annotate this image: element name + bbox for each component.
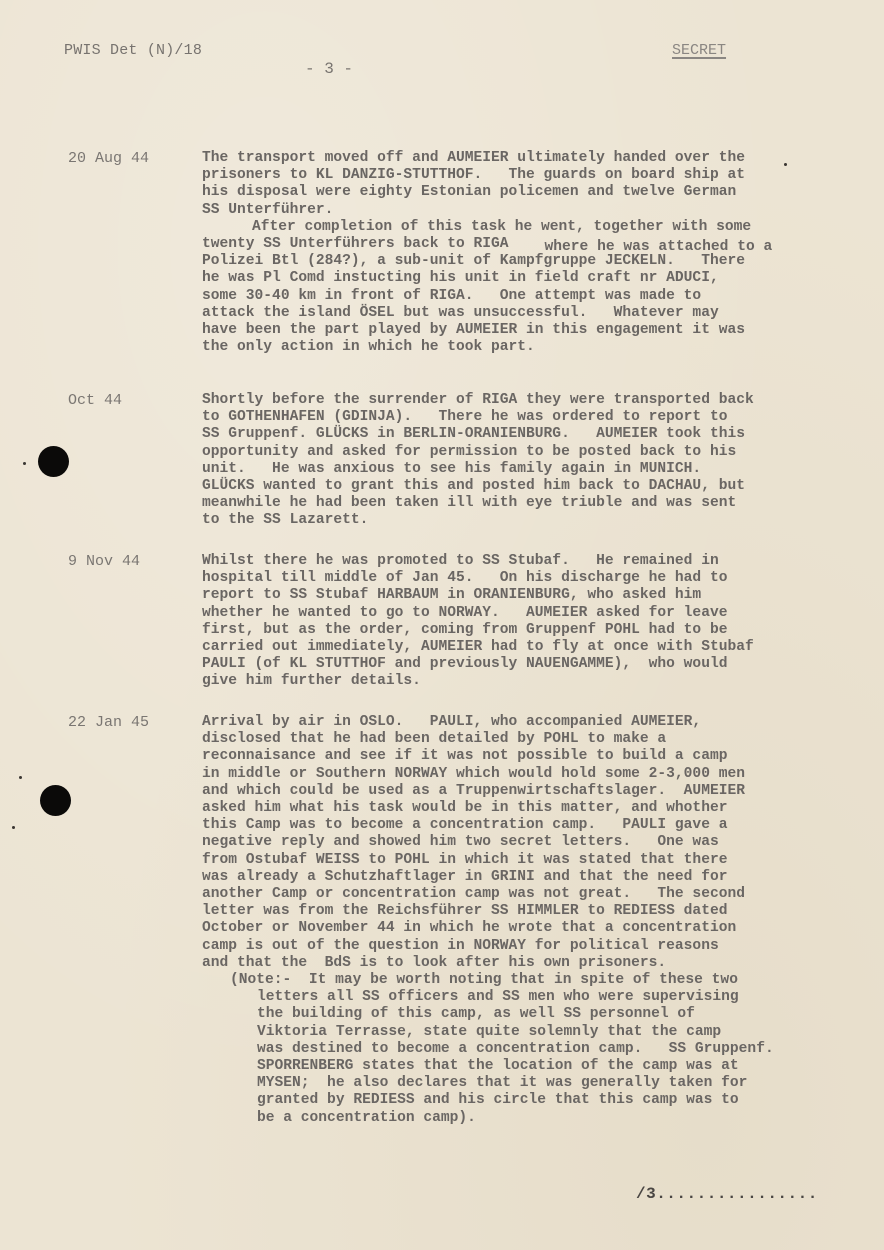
note-line: MYSEN; he also declares that it was gene… xyxy=(202,1075,782,1092)
paper-speck xyxy=(19,776,22,779)
text-line: opportunity and asked for permission to … xyxy=(202,444,782,461)
text-line: to the SS Lazarett. xyxy=(202,512,782,529)
text-line: GLÜCKS wanted to grant this and posted h… xyxy=(202,478,782,495)
text-line: letter was from the Reichsführer SS HIMM… xyxy=(202,903,782,920)
text-line: his disposal were eighty Estonian police… xyxy=(202,184,782,201)
note-line: granted by REDIESS and his circle that t… xyxy=(202,1092,782,1109)
text-line: was already a Schutzhaftlager in GRINI a… xyxy=(202,869,782,886)
punch-hole-upper xyxy=(38,446,69,477)
text-line: hospital till middle of Jan 45. On his d… xyxy=(202,570,782,587)
text-line: asked him what his task would be in this… xyxy=(202,800,782,817)
text-line: Shortly before the surrender of RIGA the… xyxy=(202,392,782,409)
text-line: in middle or Southern NORWAY which would… xyxy=(202,766,782,783)
text-line: SS Unterführer. xyxy=(202,202,782,219)
paper-speck xyxy=(23,462,26,465)
text-line: negative reply and showed him two secret… xyxy=(202,834,782,851)
text-line: PAULI (of KL STUTTHOF and previously NAU… xyxy=(202,656,782,673)
text-line: camp is out of the question in NORWAY fo… xyxy=(202,938,782,955)
text-line: whether he wanted to go to NORWAY. AUMEI… xyxy=(202,605,782,622)
note-block: (Note:- It may be worth noting that in s… xyxy=(202,972,782,1127)
text-line: report to SS Stubaf HARBAUM in ORANIENBU… xyxy=(202,587,782,604)
paper-speck xyxy=(12,826,15,829)
continuation-marker: /3................ xyxy=(636,1185,818,1203)
text-line: October or November 44 in which he wrote… xyxy=(202,920,782,937)
entry-body: The transport moved off and AUMEIER ulti… xyxy=(202,150,782,356)
note-line: SPORRENBERG states that the location of … xyxy=(202,1058,782,1075)
entry-body: Shortly before the surrender of RIGA the… xyxy=(202,392,782,530)
text-fragment: twenty SS Unterführers back to RIGA xyxy=(202,236,509,252)
text-line: reconnaisance and see if it was not poss… xyxy=(202,748,782,765)
paper-speck xyxy=(784,163,787,166)
text-line: Arrival by air in OSLO. PAULI, who accom… xyxy=(202,714,782,731)
text-line: and that the BdS is to look after his ow… xyxy=(202,955,782,972)
note-line: (Note:- It may be worth noting that in s… xyxy=(202,972,782,989)
text-line: and which could be used as a Truppenwirt… xyxy=(202,783,782,800)
text-line: some 30-40 km in front of RIGA. One atte… xyxy=(202,288,782,305)
text-line: The transport moved off and AUMEIER ulti… xyxy=(202,150,782,167)
text-fragment: where he was attached to a xyxy=(545,239,773,255)
entry-date: 22 Jan 45 xyxy=(68,714,149,731)
text-line: attack the island ÖSEL but was unsuccess… xyxy=(202,305,782,322)
entry-date: Oct 44 xyxy=(68,392,122,409)
text-line: give him further details. xyxy=(202,673,782,690)
document-reference: PWIS Det (N)/18 xyxy=(64,42,202,59)
text-line: SS Gruppenf. GLÜCKS in BERLIN-ORANIENBUR… xyxy=(202,426,782,443)
text-line: from Ostubaf WEISS to POHL in which it w… xyxy=(202,852,782,869)
text-line: twenty SS Unterführers back to RIGAwhere… xyxy=(202,236,782,253)
text-line: Polizei Btl (284?), a sub-unit of Kampfg… xyxy=(202,253,782,270)
note-line: letters all SS officers and SS men who w… xyxy=(202,989,782,1006)
page-number: - 3 - xyxy=(305,60,353,78)
text-line: another Camp or concentration camp was n… xyxy=(202,886,782,903)
document-page: PWIS Det (N)/18 - 3 - SECRET 20 Aug 44 T… xyxy=(0,0,884,1250)
text-line: carried out immediately, AUMEIER had to … xyxy=(202,639,782,656)
entry-date: 20 Aug 44 xyxy=(68,150,149,167)
note-line: Viktoria Terrasse, state quite solemnly … xyxy=(202,1024,782,1041)
text-line: this Camp was to become a concentration … xyxy=(202,817,782,834)
entry-body: Arrival by air in OSLO. PAULI, who accom… xyxy=(202,714,782,972)
text-line: have been the part played by AUMEIER in … xyxy=(202,322,782,339)
text-line: first, but as the order, coming from Gru… xyxy=(202,622,782,639)
text-line: to GOTHENHAFEN (GDINJA). There he was or… xyxy=(202,409,782,426)
text-line: the only action in which he took part. xyxy=(202,339,782,356)
text-line: meanwhile he had been taken ill with eye… xyxy=(202,495,782,512)
text-line: he was Pl Comd instucting his unit in fi… xyxy=(202,270,782,287)
punch-hole-lower xyxy=(40,785,71,816)
text-line: disclosed that he had been detailed by P… xyxy=(202,731,782,748)
text-line: After completion of this task he went, t… xyxy=(202,219,782,236)
entry-date: 9 Nov 44 xyxy=(68,553,140,570)
note-line: the building of this camp, as well SS pe… xyxy=(202,1006,782,1023)
text-line: unit. He was anxious to see his family a… xyxy=(202,461,782,478)
note-line: be a concentration camp). xyxy=(202,1110,782,1127)
note-line: was destined to become a concentration c… xyxy=(202,1041,782,1058)
text-line: Whilst there he was promoted to SS Stuba… xyxy=(202,553,782,570)
entry-body: Whilst there he was promoted to SS Stuba… xyxy=(202,553,782,691)
classification-marking: SECRET xyxy=(672,42,726,59)
text-line: prisoners to KL DANZIG-STUTTHOF. The gua… xyxy=(202,167,782,184)
